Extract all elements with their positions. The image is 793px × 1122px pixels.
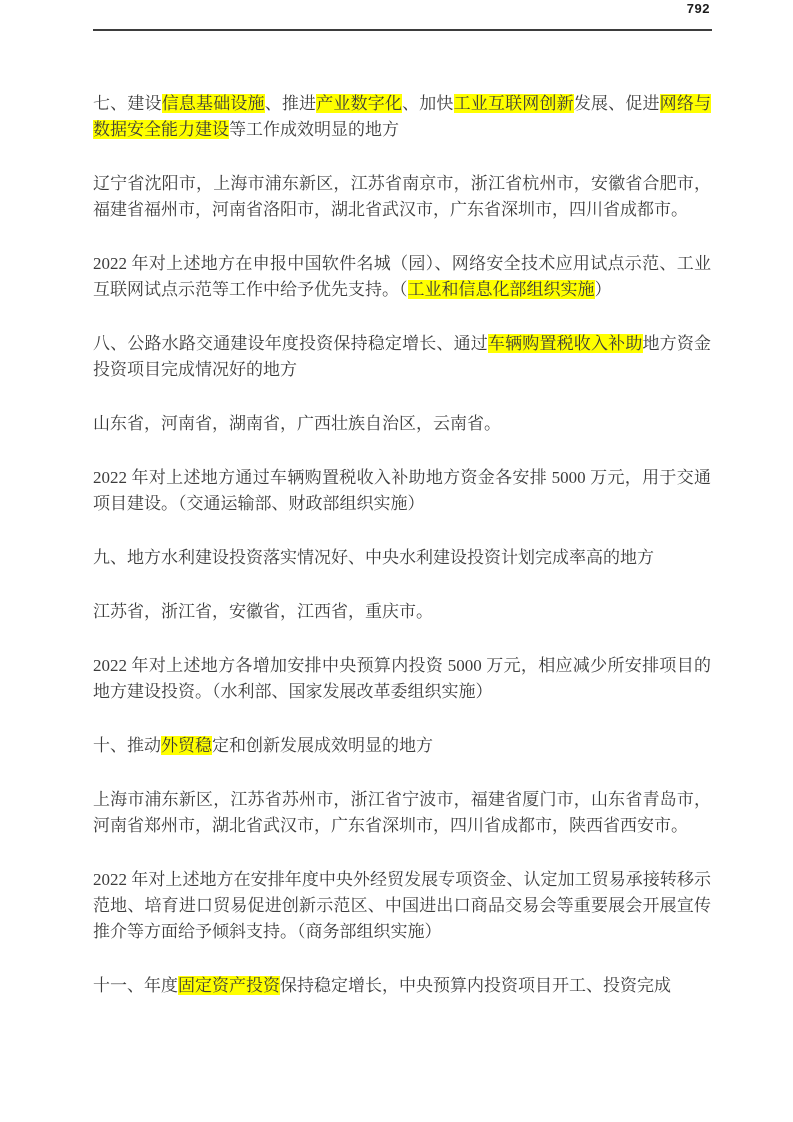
document-content: 七、建设信息基础设施、推进产业数字化、加快工业互联网创新发展、促进网络与数据安全… [93, 91, 711, 1027]
text-segment: 2022 年对上述地方通过车辆购置税收入补助地方资金各安排 5000 万元，用于… [93, 468, 711, 513]
text-segment: 、推进 [265, 94, 317, 113]
paragraph: 九、地方水利建设投资落实情况好、中央水利建设投资计划完成率高的地方 [93, 545, 711, 571]
text-segment: 2022 年对上述地方在安排年度中央外经贸发展专项资金、认定加工贸易承接转移示范… [93, 870, 711, 941]
highlighted-text: 车辆购置税收入补助 [488, 334, 643, 353]
text-segment: 发展、促进 [574, 94, 660, 113]
paragraph: 十一、年度固定资产投资保持稳定增长，中央预算内投资项目开工、投资完成 [93, 973, 711, 999]
paragraph: 2022 年对上述地方各增加安排中央预算内投资 5000 万元，相应减少所安排项… [93, 653, 711, 705]
text-segment: ） [595, 280, 612, 299]
text-segment: 八、公路水路交通建设年度投资保持稳定增长、通过 [93, 334, 488, 353]
text-segment: 等工作成效明显的地方 [229, 120, 399, 139]
paragraph: 八、公路水路交通建设年度投资保持稳定增长、通过车辆购置税收入补助地方资金投资项目… [93, 331, 711, 383]
page-number: 792 [687, 1, 710, 16]
text-segment: 江苏省，浙江省，安徽省，江西省，重庆市。 [93, 602, 433, 621]
document-page: 792 七、建设信息基础设施、推进产业数字化、加快工业互联网创新发展、促进网络与… [0, 0, 793, 1122]
header-rule [93, 29, 712, 31]
text-segment: 九、地方水利建设投资落实情况好、中央水利建设投资计划完成率高的地方 [93, 548, 654, 567]
text-segment: 定和创新发展成效明显的地方 [212, 736, 433, 755]
highlighted-text: 工业互联网创新 [454, 94, 574, 113]
paragraph: 辽宁省沈阳市，上海市浦东新区，江苏省南京市，浙江省杭州市，安徽省合肥市，福建省福… [93, 171, 711, 223]
highlighted-text: 工业和信息化部组织实施 [408, 280, 595, 299]
text-segment: 十、推动 [93, 736, 161, 755]
paragraph: 上海市浦东新区，江苏省苏州市，浙江省宁波市，福建省厦门市，山东省青岛市，河南省郑… [93, 787, 711, 839]
paragraph: 江苏省，浙江省，安徽省，江西省，重庆市。 [93, 599, 711, 625]
paragraph: 2022 年对上述地方通过车辆购置税收入补助地方资金各安排 5000 万元，用于… [93, 465, 711, 517]
paragraph: 十、推动外贸稳定和创新发展成效明显的地方 [93, 733, 711, 759]
text-segment: 2022 年对上述地方在申报中国软件名城（园）、网络安全技术应用试点示范、工业互… [93, 254, 711, 299]
page-header: 792 [93, 0, 712, 36]
text-segment: 七、建设 [93, 94, 162, 113]
paragraph: 2022 年对上述地方在申报中国软件名城（园）、网络安全技术应用试点示范、工业互… [93, 251, 711, 303]
highlighted-text: 固定资产投资 [178, 976, 280, 995]
paragraph: 七、建设信息基础设施、推进产业数字化、加快工业互联网创新发展、促进网络与数据安全… [93, 91, 711, 143]
text-segment: 上海市浦东新区，江苏省苏州市，浙江省宁波市，福建省厦门市，山东省青岛市，河南省郑… [93, 790, 711, 835]
text-segment: 辽宁省沈阳市，上海市浦东新区，江苏省南京市，浙江省杭州市，安徽省合肥市，福建省福… [93, 174, 711, 219]
text-segment: 十一、年度 [93, 976, 178, 995]
text-segment: 保持稳定增长，中央预算内投资项目开工、投资完成 [280, 976, 671, 995]
highlighted-text: 外贸稳 [161, 736, 212, 755]
highlighted-text: 信息基础设施 [162, 94, 265, 113]
paragraph: 2022 年对上述地方在安排年度中央外经贸发展专项资金、认定加工贸易承接转移示范… [93, 867, 711, 945]
text-segment: 山东省，河南省，湖南省，广西壮族自治区，云南省。 [93, 414, 501, 433]
highlighted-text: 产业数字化 [316, 94, 402, 113]
text-segment: 、加快 [402, 94, 454, 113]
paragraph: 山东省，河南省，湖南省，广西壮族自治区，云南省。 [93, 411, 711, 437]
text-segment: 2022 年对上述地方各增加安排中央预算内投资 5000 万元，相应减少所安排项… [93, 656, 711, 701]
